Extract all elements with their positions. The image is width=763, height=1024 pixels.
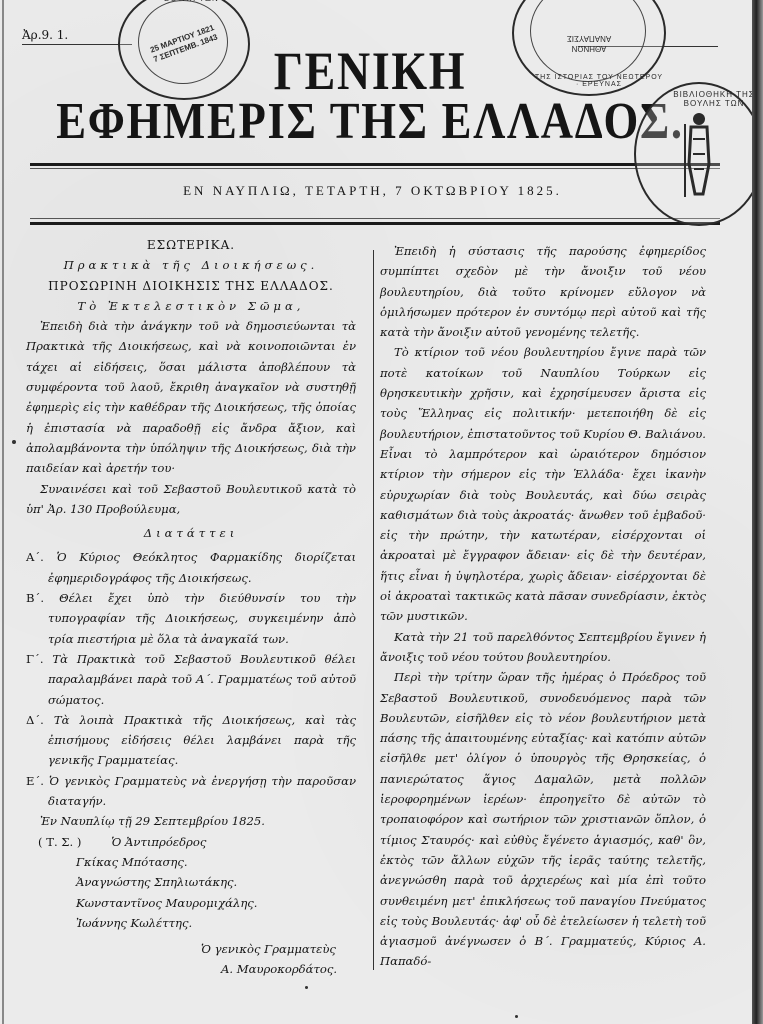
dateline-rule-bottom bbox=[30, 222, 720, 225]
decree-item: Δ΄. Τὰ λοιπὰ Πρακτικὰ τῆς Διοικήσεως, κα… bbox=[26, 710, 356, 771]
article-column-right: Ἐπειδὴ ἡ σύστασις τῆς παρούσης ἐφημερίδο… bbox=[380, 241, 706, 972]
decree-item: Β΄. Θέλει ἔχει ὑπὸ τὴν διεύθυνσίν του τὴ… bbox=[26, 588, 356, 649]
decree-item-text: Τὰ Πρακτικὰ τοῦ Σεβαστοῦ Βουλευτικοῦ θέλ… bbox=[48, 652, 356, 707]
signatory: Γκίκας Μπότασης. bbox=[26, 852, 356, 872]
stamp-ring-text: ΒΟΥΛΗ ΤΩΝ bbox=[164, 0, 219, 3]
article-column-left: ΕΣΩΤΕΡΙΚΑ. Πρακτικὰ τῆς Διοικήσεως. ΠΡΟΣ… bbox=[26, 235, 356, 980]
body-heading: Τὸ Ἐκτελεστικὸν Σῶμα, bbox=[26, 296, 356, 316]
paper-speck bbox=[305, 986, 308, 989]
page-binding-edge bbox=[752, 0, 763, 1024]
article-paragraph: Ἐπειδὴ ἡ σύστασις τῆς παρούσης ἐφημερίδο… bbox=[380, 241, 706, 342]
decree-item: Ε΄. Ὁ γενικὸς Γραμματεὺς νὰ ἐνεργήσῃ τὴν… bbox=[26, 771, 356, 812]
article-paragraph: Τὸ κτίριον τοῦ νέου βουλευτηρίου ἔγινε π… bbox=[380, 342, 706, 626]
seal-line: ( Τ. Σ. )Ὁ Ἀντιπρόεδρος bbox=[26, 832, 356, 852]
stamp-center-text: ΑΘΗΝΩΝ ΑΝΑΠΑΥΣΙΣ bbox=[549, 33, 629, 53]
article-paragraph: Κατὰ τὴν 21 τοῦ παρελθόντος Σεπτεμβρίου … bbox=[380, 627, 706, 668]
decree-paragraph: Συναινέσει καὶ τοῦ Σεβαστοῦ Βουλευτικοῦ … bbox=[26, 479, 356, 520]
page-left-edge bbox=[2, 0, 4, 1024]
decree-item-text: Θέλει ἔχει ὑπὸ τὴν διεύθυνσίν του τὴν τυ… bbox=[48, 591, 356, 646]
dateline-rule-thin bbox=[30, 218, 720, 219]
library-stamp-top-right: ΑΘΗΝΩΝ ΑΝΑΠΑΥΣΙΣ ΤΗΣ ΙΣΤΟΡΙΑΣ ΤΟΥ ΝΕΩΤΕΡ… bbox=[512, 0, 666, 96]
subheading: Πρακτικὰ τῆς Διοικήσεως. bbox=[26, 255, 356, 275]
decree-item-text: Ὁ γενικὸς Γραμματεὺς νὰ ἐνεργήσῃ τὴν παρ… bbox=[48, 774, 356, 808]
masthead-rule-top-thin bbox=[30, 168, 720, 169]
decree-heading: Διατάττει bbox=[26, 523, 356, 543]
signatory: Ἀναγνώστης Σπηλιωτάκης. bbox=[26, 872, 356, 892]
figure-emblem-icon bbox=[679, 109, 719, 199]
paper-speck bbox=[515, 1015, 518, 1018]
decree-item-label: Ε΄. bbox=[26, 774, 44, 788]
decree-item-label: Α΄. bbox=[26, 550, 44, 564]
signatory: Κωνσταντῖνος Μαυρομιχάλης. bbox=[26, 893, 356, 913]
stamp-ring-text: ΒΙΒΛΙΟΘΗΚΗ ΤΗΣ ΒΟΥΛΗΣ ΤΩΝ bbox=[666, 90, 762, 108]
vice-president-title: Ὁ Ἀντιπρόεδρος bbox=[81, 835, 206, 849]
column-divider bbox=[373, 250, 374, 970]
parliament-library-stamp: ΒΙΒΛΙΟΘΗΚΗ ΤΗΣ ΒΟΥΛΗΣ ΤΩΝ bbox=[634, 82, 763, 226]
secretary-title: Ὁ γενικὸς Γραμματεὺς bbox=[26, 939, 356, 959]
masthead-rule-top bbox=[30, 163, 720, 166]
section-heading: ΕΣΩΤΕΡΙΚΑ. bbox=[26, 235, 356, 255]
decree-item-label: Δ΄. bbox=[26, 713, 44, 727]
decree-paragraph: Ἐπειδὴ διὰ τὴν ἀνάγκην τοῦ νὰ δημοσιεύων… bbox=[26, 316, 356, 478]
place-date: Ἐν Ναυπλίῳ τῇ 29 Σεπτεμβρίου 1825. bbox=[26, 811, 356, 831]
decree-item-label: Β΄. bbox=[26, 591, 44, 605]
decree-item-text: Τὰ λοιπὰ Πρακτικὰ τῆς Διοικήσεως, καὶ τὰ… bbox=[48, 713, 356, 768]
stamp-ring-text: ΤΗΣ ΙΣΤΟΡΙΑΣ ΤΟΥ ΝΕΩΤΕΡΟΥ · ΕΡΕΥΝΑΣ bbox=[534, 74, 664, 88]
secretary-name: Α. Μαυροκορδάτος. bbox=[26, 959, 356, 979]
article-paragraph: Περὶ τὴν τρίτην ὥραν τῆς ἡμέρας ὁ Πρόεδρ… bbox=[380, 667, 706, 971]
signatory: Ἰωάννης Κωλέττης. bbox=[26, 913, 356, 933]
decree-item-text: Ὁ Κύριος Θεόκλητος Φαρμακίδης διορίζεται… bbox=[48, 550, 356, 584]
dateline: ΕΝ ΝΑΥΠΛΙΩ, ΤΕΤΑΡΤΗ, 7 ΟΚΤΩΒΡΙΟΥ 1825. bbox=[0, 183, 745, 199]
decree-item: Α΄. Ὁ Κύριος Θεόκλητος Φαρμακίδης διορίζ… bbox=[26, 547, 356, 588]
newspaper-page: Ἀρ.9. 1. ΓΕΝΙΚΗ ΕΦΗΜΕΡΙΣ ΤΗΣ ΕΛΛΑΔΟΣ. ΕΝ… bbox=[0, 0, 752, 1024]
decree-item-label: Γ΄. bbox=[26, 652, 44, 666]
masthead-title-line2: ΕΦΗΜΕΡΙΣ ΤΗΣ ΕΛΛΑΔΟΣ. bbox=[52, 92, 688, 151]
seal-mark: ( Τ. Σ. ) bbox=[38, 835, 81, 849]
government-heading: ΠΡΟΣΩΡΙΝΗ ΔΙΟΙΚΗΣΙΣ ΤΗΣ ΕΛΛΑΔΟΣ. bbox=[26, 276, 356, 296]
paper-speck bbox=[12, 440, 16, 444]
decree-item: Γ΄. Τὰ Πρακτικὰ τοῦ Σεβαστοῦ Βουλευτικοῦ… bbox=[26, 649, 356, 710]
